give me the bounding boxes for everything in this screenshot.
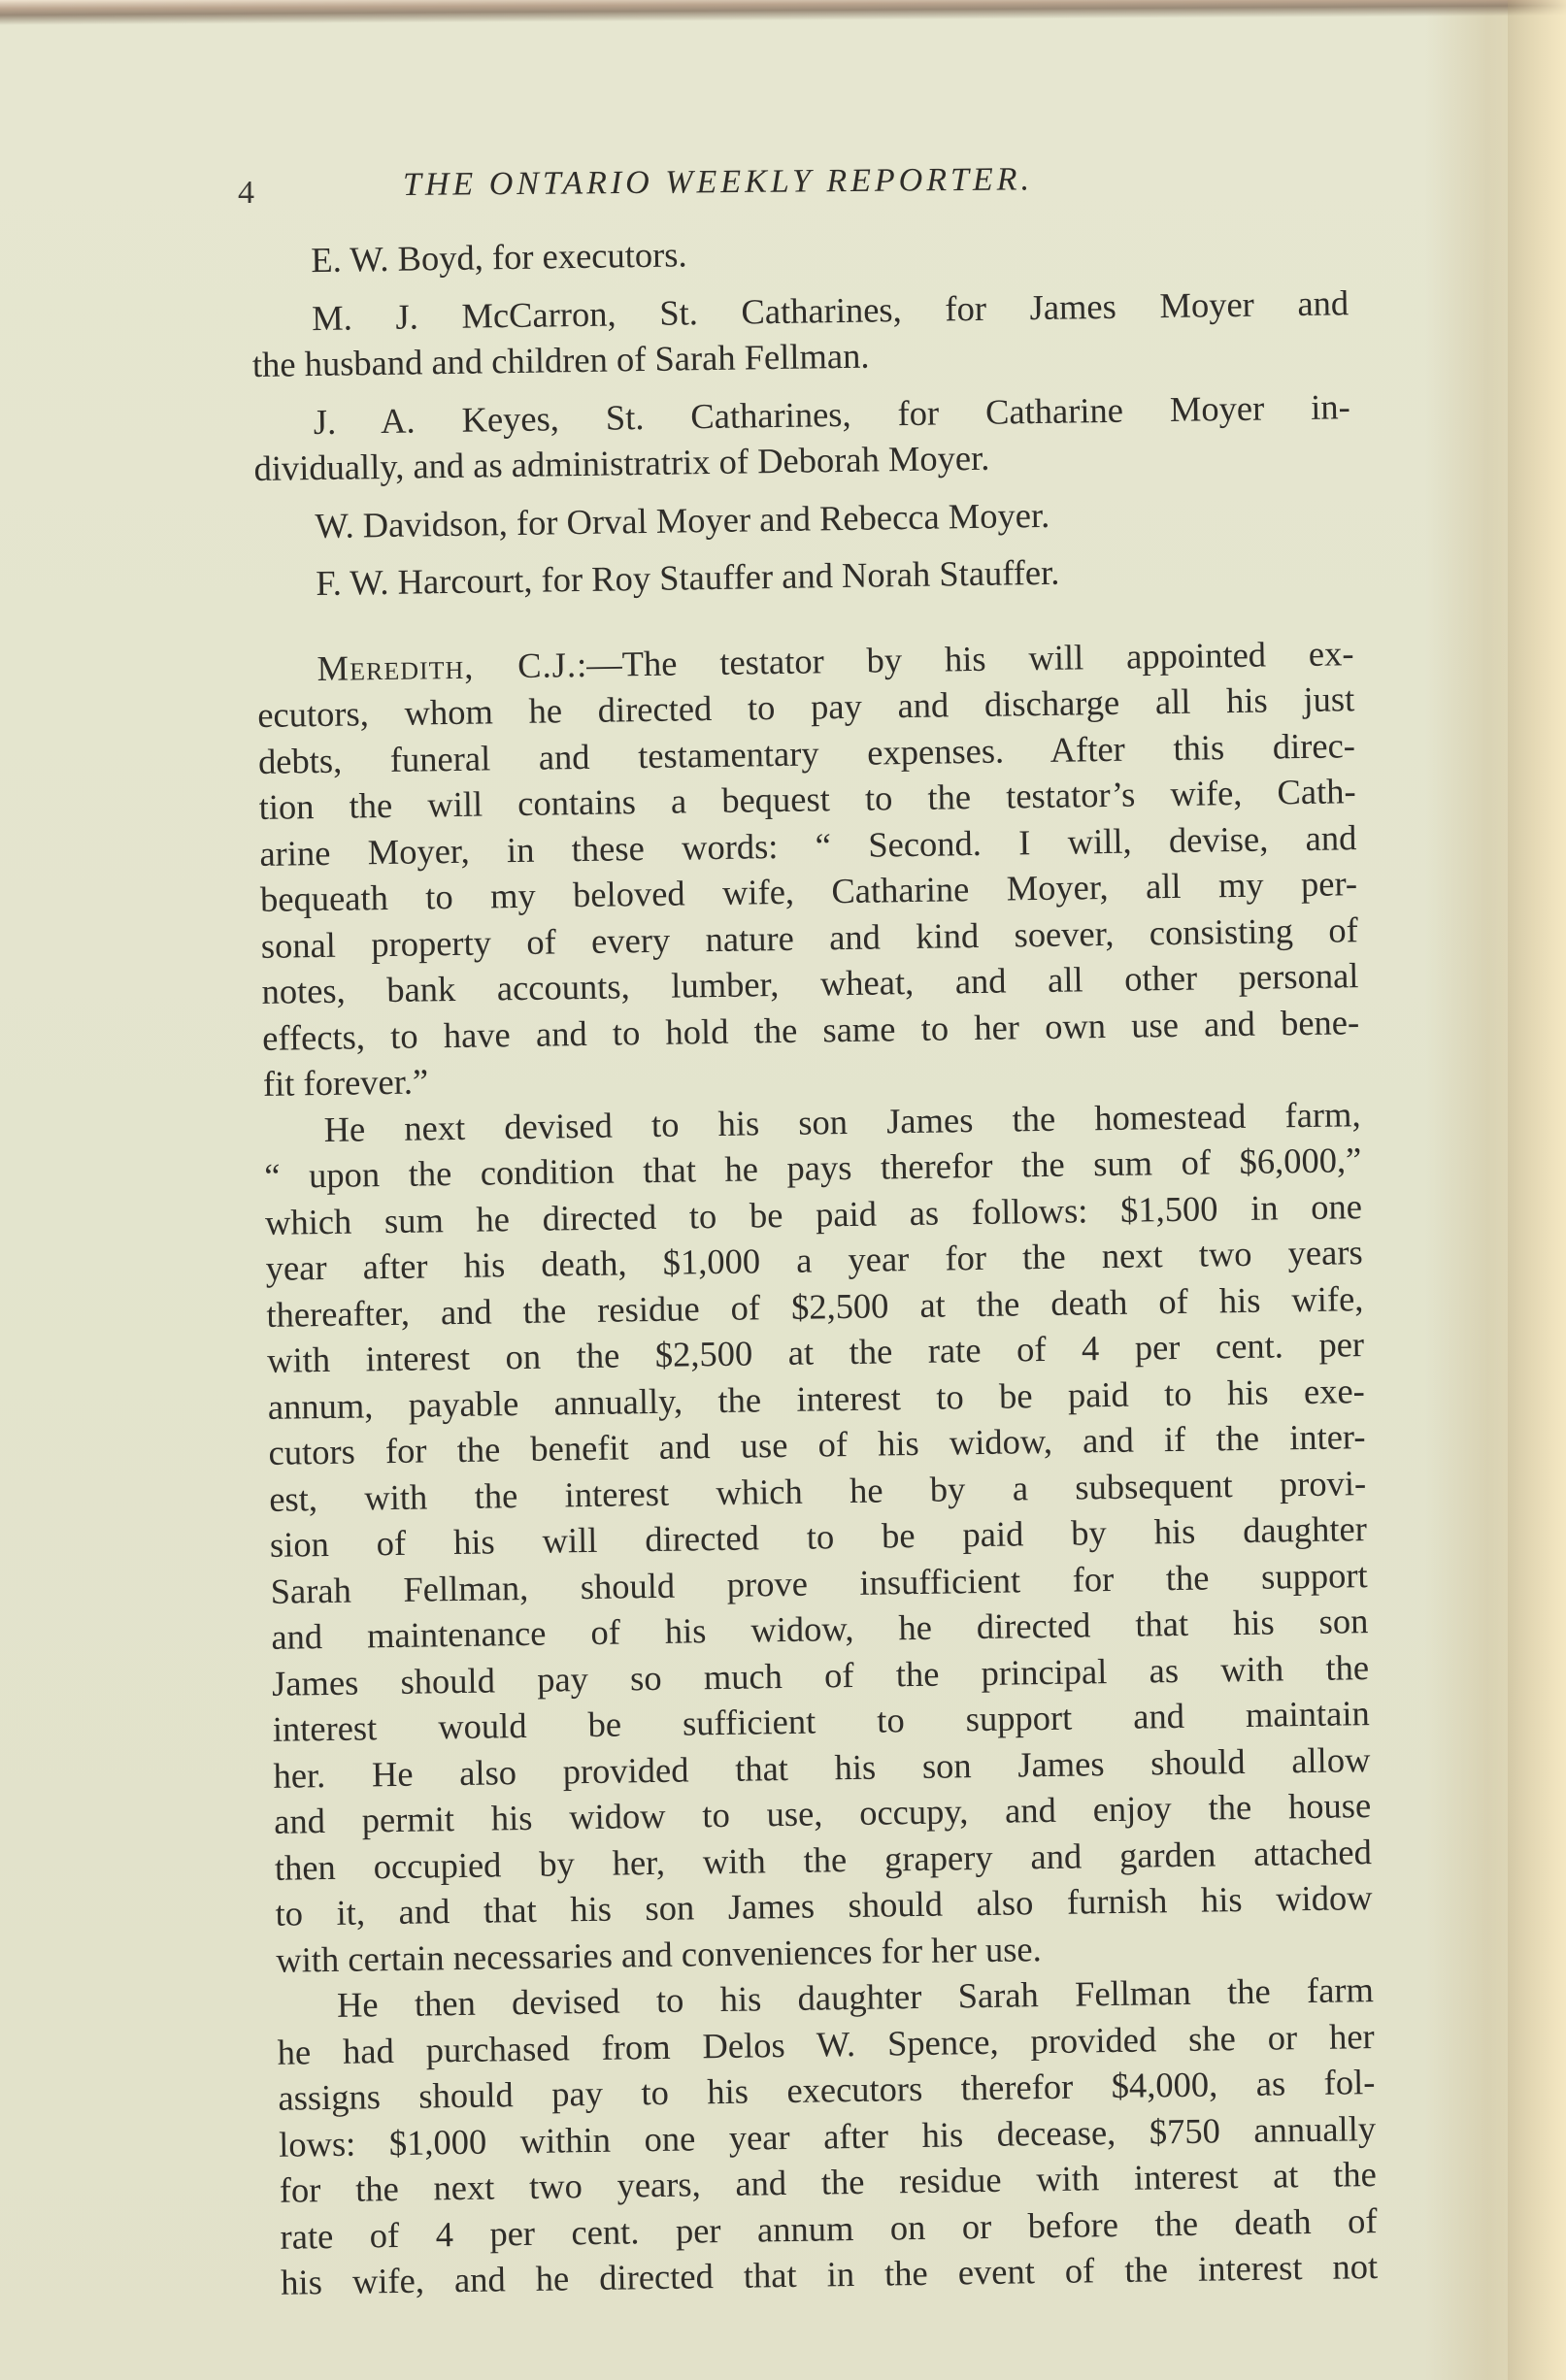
paragraph-1: ecutors, whom he directed to pay and dis…: [257, 676, 1360, 1107]
paragraph-2: He next devised to his son James the hom…: [263, 1091, 1373, 1983]
judgment-opening-text: :—The testator by his will appointed ex-: [577, 633, 1354, 684]
counsel-list: E. W. Boyd, for executors. M. J. McCarro…: [250, 221, 1353, 607]
judge-name: Meredith, C.J.: [317, 645, 577, 688]
scanned-page: 4 THE ONTARIO WEEKLY REPORTER. E. W. Boy…: [0, 0, 1566, 2380]
page-body: E. W. Boyd, for executors. M. J. McCarro…: [250, 221, 1378, 2305]
page-gutter-shadow: [1508, 0, 1566, 2380]
journal-title: THE ONTARIO WEEKLY REPORTER.: [403, 161, 1033, 204]
paragraph-3: He then devised to his daughter Sarah Fe…: [277, 1967, 1379, 2305]
running-head: 4 THE ONTARIO WEEKLY REPORTER.: [238, 167, 1209, 225]
page-number: 4: [238, 175, 254, 212]
page-top-edge: [0, 0, 1566, 25]
judgment: Meredith, C.J.:—The testator by his will…: [256, 630, 1378, 2306]
